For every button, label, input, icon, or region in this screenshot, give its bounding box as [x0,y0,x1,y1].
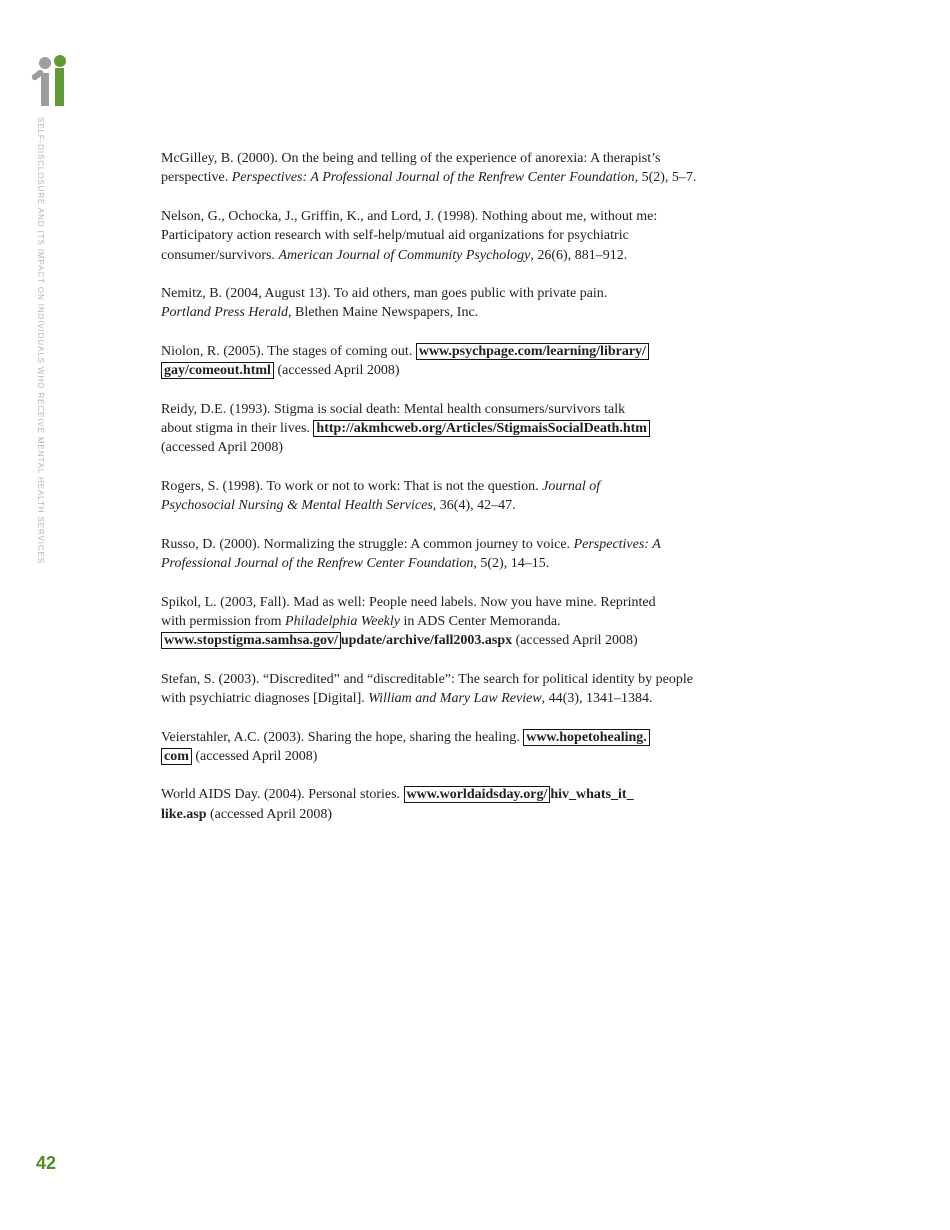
reference-link[interactable]: gay/comeout.html [161,362,274,379]
journal-title: Philadelphia Weekly [285,614,400,629]
reference-text: with permission from [161,614,285,629]
reference-text: about stigma in their lives. [161,421,313,436]
journal-title: Portland Press Herald [161,305,288,320]
reference-text: Rogers, S. (1998). To work or not to wor… [161,479,542,494]
reference-link[interactable]: www.worldaidsday.org/ [404,786,551,803]
reference-entry: Stefan, S. (2003). “Discredited” and “di… [161,670,861,709]
reference-text: Nelson, G., Ochocka, J., Griffin, K., an… [161,209,657,224]
reference-text: McGilley, B. (2000). On the being and te… [161,151,660,166]
reference-text: with psychiatric diagnoses [Digital]. [161,691,368,706]
reference-text: like.asp [161,807,207,822]
reference-text: Participatory action research with self-… [161,228,629,243]
reference-entry: Reidy, D.E. (1993). Stigma is social dea… [161,400,861,458]
reference-text: update/archive/fall2003.aspx [341,633,512,648]
reference-entry: Nemitz, B. (2004, August 13). To aid oth… [161,284,861,323]
reference-text: World AIDS Day. (2004). Personal stories… [161,787,404,802]
reference-text: consumer/survivors. [161,248,278,263]
reference-link[interactable]: www.stopstigma.samhsa.gov/ [161,632,341,649]
journal-title: Professional Journal of the Renfrew Cent… [161,556,473,571]
logo-green-figure-head [54,55,66,67]
reference-text: (accessed April 2008) [161,440,283,455]
reference-text: Niolon, R. (2005). The stages of coming … [161,344,416,359]
reference-text: Stefan, S. (2003). “Discredited” and “di… [161,672,693,687]
journal-title: Journal of [542,479,600,494]
reference-entry: Nelson, G., Ochocka, J., Griffin, K., an… [161,207,861,265]
journal-title: William and Mary Law Review [368,691,541,706]
journal-title: Perspectives: A Professional Journal of … [232,170,638,185]
reference-text: , 36(4), 42–47. [433,498,516,513]
journal-title: Psychosocial Nursing & Mental Health Ser… [161,498,433,513]
reference-text: (accessed April 2008) [192,749,318,764]
logo-gray-figure-head [39,57,51,69]
reference-text: Spikol, L. (2003, Fall). Mad as well: Pe… [161,595,656,610]
reference-text: Nemitz, B. (2004, August 13). To aid oth… [161,286,607,301]
reference-text: Veierstahler, A.C. (2003). Sharing the h… [161,730,523,745]
journal-title: Perspectives: A [574,537,661,552]
reference-text: in ADS Center Memoranda. [400,614,561,629]
reference-link[interactable]: http://akmhcweb.org/Articles/StigmaisSoc… [313,420,650,437]
reference-entry: Veierstahler, A.C. (2003). Sharing the h… [161,728,861,767]
reference-text: , 26(6), 881–912. [530,248,627,263]
page-number: 42 [36,1153,56,1174]
journal-title: American Journal of Community Psychology [278,248,530,263]
reference-link[interactable]: com [161,748,192,765]
reference-entry: Niolon, R. (2005). The stages of coming … [161,342,861,381]
reference-text: 5(2), 5–7. [638,170,696,185]
reference-text: , 5(2), 14–15. [473,556,549,571]
reference-text: (accessed April 2008) [512,633,638,648]
logo-green-figure-body [55,68,64,106]
reference-entry: McGilley, B. (2000). On the being and te… [161,149,861,188]
reference-text: (accessed April 2008) [207,807,333,822]
document-page: { "sidebar": { "text": "SELF-DISCLOSURE … [0,0,950,1230]
reference-entry: World AIDS Day. (2004). Personal stories… [161,785,861,824]
sidebar-vertical-title: SELF-DISCLOSURE AND ITS IMPACT ON INDIVI… [36,117,45,564]
brand-logo-icon [33,52,78,110]
reference-entry: Spikol, L. (2003, Fall). Mad as well: Pe… [161,593,861,651]
logo-gray-figure-body [41,73,49,106]
reference-text: (accessed April 2008) [274,363,400,378]
reference-text: , 44(3), 1341–1384. [542,691,653,706]
reference-text: hiv_whats_it_ [550,787,633,802]
reference-text: perspective. [161,170,232,185]
reference-text: , Blethen Maine Newspapers, Inc. [288,305,478,320]
reference-link[interactable]: www.hopetohealing. [523,729,650,746]
reference-text: Russo, D. (2000). Normalizing the strugg… [161,537,574,552]
reference-entry: Rogers, S. (1998). To work or not to wor… [161,477,861,516]
reference-text: Reidy, D.E. (1993). Stigma is social dea… [161,402,625,417]
reference-entry: Russo, D. (2000). Normalizing the strugg… [161,535,861,574]
reference-link[interactable]: www.psychpage.com/learning/library/ [416,343,649,360]
references-list: McGilley, B. (2000). On the being and te… [161,149,861,843]
